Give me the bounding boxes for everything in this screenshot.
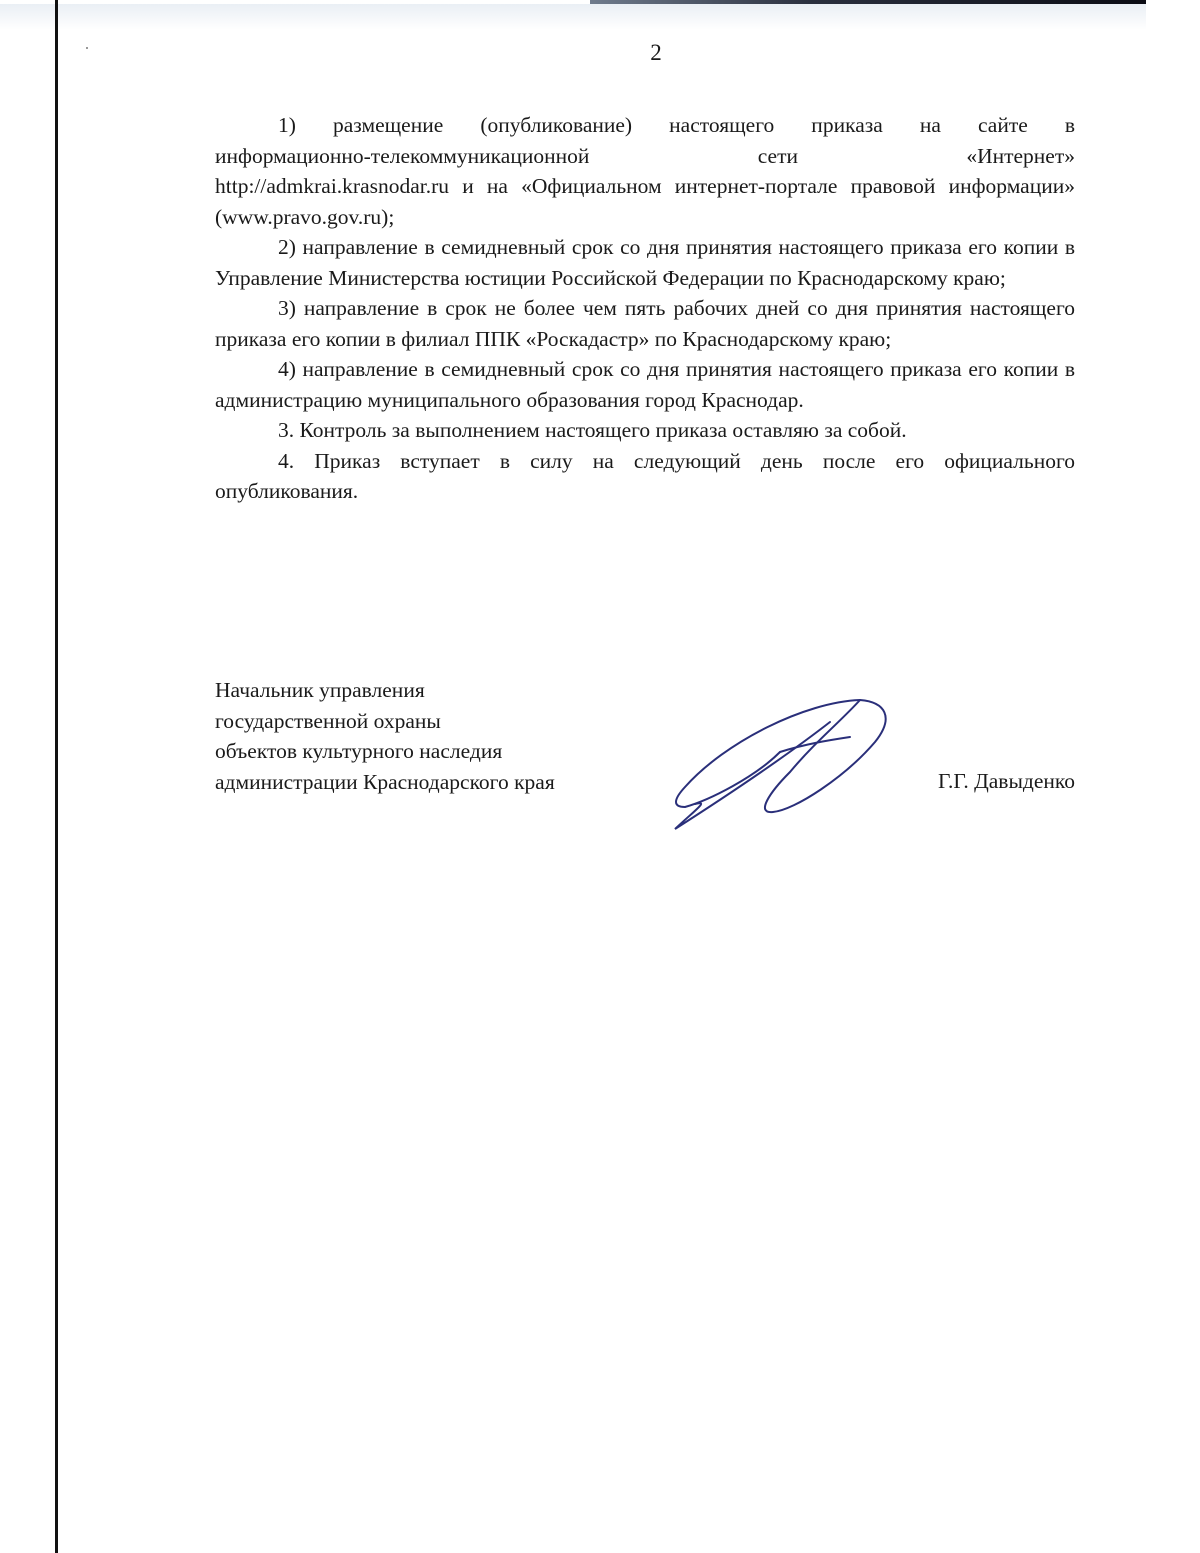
paragraph-1-line2: информационно-телекоммуникационной сети … [215,141,1075,172]
signature-block: Начальник управления государственной охр… [215,675,1075,835]
paragraph-2: 2) направление в семидневный срок со дня… [215,232,1075,293]
paragraph-1-rest: http://admkrai.krasnodar.ru и на «Официа… [215,171,1075,232]
scan-left-edge [55,0,58,1553]
signatory-position-line: Начальник управления [215,675,555,706]
paragraph-4: 4) направление в семидневный срок со дня… [215,354,1075,415]
document-body: 1) размещение (опубликование) настоящего… [215,110,1075,507]
signatory-position-line: объектов культурного наследия [215,736,555,767]
handwritten-signature-icon [655,682,895,832]
scan-haze [0,4,1146,30]
signatory-position-line: администрации Краснодарского края [215,767,555,798]
paragraph-control: 3. Контроль за выполнением настоящего пр… [215,415,1075,446]
paragraph-3: 3) направление в срок не более чем пять … [215,293,1075,354]
signatory-position: Начальник управления государственной охр… [215,675,555,797]
paragraph-effective: 4. Приказ вступает в силу на следующий д… [215,446,1075,507]
signatory-name: Г.Г. Давыденко [938,766,1075,797]
page-number: 2 [0,40,1200,66]
signatory-position-line: государственной охраны [215,706,555,737]
paragraph-1-line1: 1) размещение (опубликование) настоящего… [215,110,1075,141]
